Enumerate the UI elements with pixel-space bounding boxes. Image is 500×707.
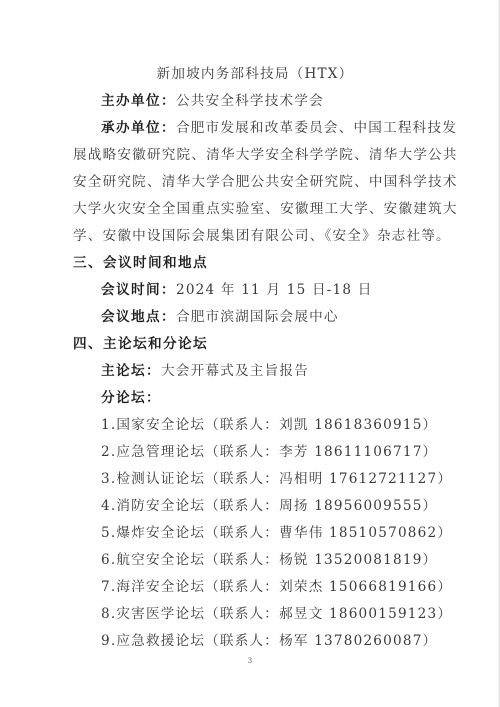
document-body: 新加坡内务部科技局（HTX） 主办单位：公共安全科学技术学会 承办单位：合肥市发… bbox=[73, 61, 423, 655]
organizer-value-line-1: 合肥市发展和改革委员会、中国工程科技发 bbox=[176, 120, 457, 136]
organizer-value-line-4: 大学火灾安全全国重点实验室、安徽理工大学、安徽建筑大 bbox=[73, 196, 423, 223]
sponsor-label: 主办单位： bbox=[101, 93, 176, 109]
document-page: 新加坡内务部科技局（HTX） 主办单位：公共安全科学技术学会 承办单位：合肥市发… bbox=[0, 0, 500, 707]
main-forum-label: 主论坛： bbox=[101, 363, 161, 379]
section-4-heading: 四、主论坛和分论坛 bbox=[73, 331, 423, 358]
organizer-value-line-5: 学、安徽中设国际会展集团有限公司、《安全》杂志社等。 bbox=[73, 223, 423, 250]
sub-forum-item: 8.灾害医学论坛（联系人：郝昱文 18600159123） bbox=[73, 601, 423, 628]
sub-forums-label: 分论坛： bbox=[73, 385, 423, 412]
co-organizer-line: 新加坡内务部科技局（HTX） bbox=[73, 61, 423, 88]
organizer-row: 承办单位：合肥市发展和改革委员会、中国工程科技发 bbox=[73, 115, 423, 142]
main-forum-row: 主论坛：大会开幕式及主旨报告 bbox=[73, 358, 423, 385]
sub-forum-item: 9.应急救援论坛（联系人：杨军 13780260087） bbox=[73, 628, 423, 655]
section-3-heading: 三、会议时间和地点 bbox=[73, 250, 423, 277]
sub-forum-item: 3.检测认证论坛（联系人：冯相明 17612721127） bbox=[73, 466, 423, 493]
main-forum-value: 大会开幕式及主旨报告 bbox=[161, 363, 309, 379]
meeting-time-value: 2024 年 11 月 15 日-18 日 bbox=[176, 282, 373, 298]
meeting-venue-label: 会议地点： bbox=[101, 309, 176, 325]
meeting-venue-row: 会议地点：合肥市滨湖国际会展中心 bbox=[73, 304, 423, 331]
sub-forum-item: 1.国家安全论坛（联系人：刘凯 18618360915） bbox=[73, 412, 423, 439]
sponsor-value: 公共安全科学技术学会 bbox=[176, 93, 324, 109]
meeting-venue-value: 合肥市滨湖国际会展中心 bbox=[176, 309, 339, 325]
organizer-value-line-2: 展战略安徽研究院、清华大学安全科学学院、清华大学公共 bbox=[73, 142, 423, 169]
meeting-time-label: 会议时间： bbox=[101, 282, 176, 298]
sub-forum-item: 6.航空安全论坛（联系人：杨锐 13520081819） bbox=[73, 547, 423, 574]
organizer-label: 承办单位： bbox=[101, 120, 176, 136]
sub-forum-item: 4.消防安全论坛（联系人：周扬 18956009555） bbox=[73, 493, 423, 520]
sub-forum-item: 2.应急管理论坛（联系人：李芳 18611106717） bbox=[73, 439, 423, 466]
page-number: 3 bbox=[0, 657, 500, 665]
meeting-time-row: 会议时间：2024 年 11 月 15 日-18 日 bbox=[73, 277, 423, 304]
sub-forum-item: 5.爆炸安全论坛（联系人：曹华伟 18510570862） bbox=[73, 520, 423, 547]
organizer-value-line-3: 安全研究院、清华大学合肥公共安全研究院、中国科学技术 bbox=[73, 169, 423, 196]
sub-forum-item: 7.海洋安全论坛（联系人：刘荣杰 15066819166） bbox=[73, 574, 423, 601]
sponsor-row: 主办单位：公共安全科学技术学会 bbox=[73, 88, 423, 115]
